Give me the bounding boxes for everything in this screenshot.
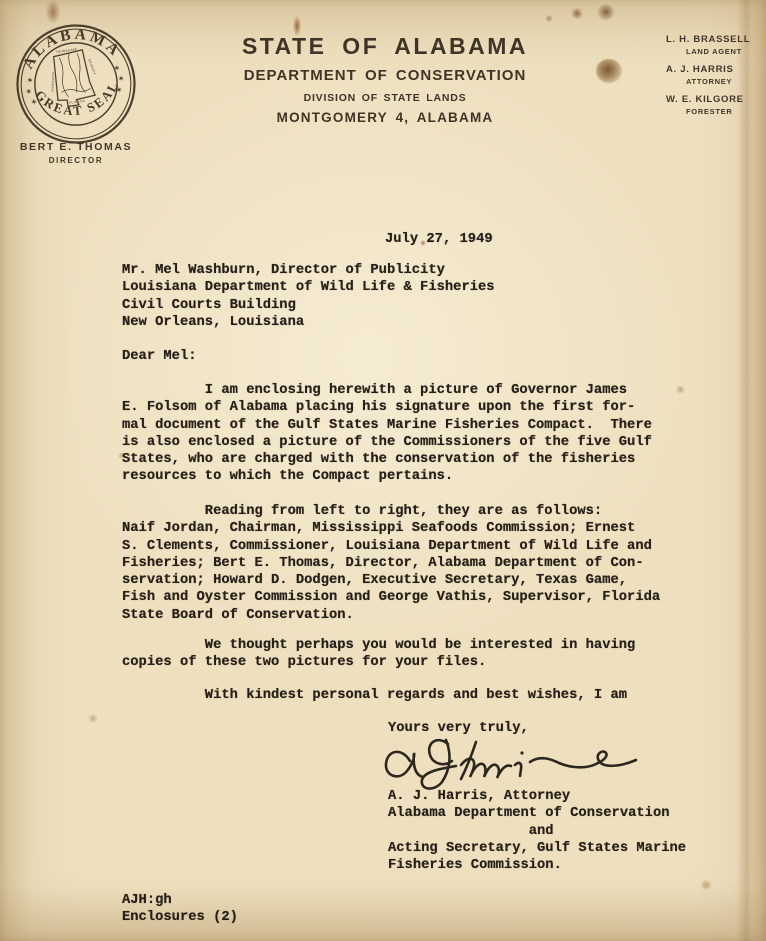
director-title: DIRECTOR xyxy=(8,156,144,165)
director-block: BERT E. THOMAS DIRECTOR xyxy=(8,141,144,165)
handwritten-signature xyxy=(380,731,648,795)
scanned-letter-page: ALABAMA GREAT SEAL ✶✶✶ ✶✶✶ TENNESSEE MIS… xyxy=(0,0,766,941)
ink-stain xyxy=(597,4,615,20)
ink-stain xyxy=(545,15,553,22)
org-division: DIVISION OF STATE LANDS xyxy=(188,92,582,104)
official-name: W. E. KILGORE xyxy=(666,94,766,105)
director-name: BERT E. THOMAS xyxy=(8,141,144,153)
ink-stain xyxy=(88,714,98,723)
officials-list: L. H. BRASSELL LAND AGENT A. J. HARRIS A… xyxy=(666,34,766,124)
seal-top-text: ALABAMA xyxy=(15,19,126,74)
enclosures-note: Enclosures (2) xyxy=(122,910,238,925)
seal-label-georgia: GEORGIA xyxy=(87,58,97,76)
svg-text:✶: ✶ xyxy=(115,85,123,95)
ink-stain xyxy=(700,880,712,890)
official-title: FORESTER xyxy=(686,107,766,116)
alabama-great-seal-icon: ALABAMA GREAT SEAL ✶✶✶ ✶✶✶ TENNESSEE MIS… xyxy=(4,12,149,157)
organization-header: STATE OF ALABAMA DEPARTMENT OF CONSERVAT… xyxy=(188,33,582,125)
official-title: ATTORNEY xyxy=(686,77,766,86)
svg-text:✶: ✶ xyxy=(30,97,38,107)
svg-text:✶: ✶ xyxy=(113,63,121,73)
reference-block: AJH:gh Enclosures (2) xyxy=(122,892,238,927)
official-entry: W. E. KILGORE FORESTER xyxy=(666,94,766,116)
seal-label-mississippi: MISSISSIPPI xyxy=(51,71,56,91)
org-address: MONTGOMERY 4, ALABAMA xyxy=(188,110,582,125)
svg-text:ALABAMA: ALABAMA xyxy=(15,19,126,74)
official-name: L. H. BRASSELL xyxy=(666,34,766,45)
ink-stain xyxy=(46,0,60,24)
ink-stain xyxy=(676,385,685,394)
official-name: A. J. HARRIS xyxy=(666,64,766,75)
ink-stain xyxy=(571,8,583,19)
signature-block: A. J. Harris, Attorney Alabama Departmen… xyxy=(388,788,686,874)
svg-text:✶: ✶ xyxy=(25,87,33,97)
org-name: STATE OF ALABAMA xyxy=(188,33,582,60)
salutation: Dear Mel: xyxy=(122,348,197,365)
org-department: DEPARTMENT OF CONSERVATION xyxy=(188,67,582,84)
recipient-address: Mr. Mel Washburn, Director of Publicity … xyxy=(122,262,495,331)
body-paragraph-4: With kindest personal regards and best w… xyxy=(122,687,627,704)
official-title: LAND AGENT xyxy=(686,47,766,56)
official-entry: A. J. HARRIS ATTORNEY xyxy=(666,64,766,86)
paper-crease xyxy=(738,0,752,941)
letter-date: July 27, 1949 xyxy=(385,231,493,248)
ink-stain xyxy=(596,59,622,83)
body-paragraph-3: We thought perhaps you would be interest… xyxy=(122,637,635,672)
body-paragraph-1: I am enclosing herewith a picture of Gov… xyxy=(122,382,652,486)
body-paragraph-2: Reading from left to right, they are as … xyxy=(122,503,660,624)
svg-text:✶: ✶ xyxy=(26,76,34,86)
official-entry: L. H. BRASSELL LAND AGENT xyxy=(666,34,766,56)
typist-initials: AJH:gh xyxy=(122,893,172,908)
svg-text:✶: ✶ xyxy=(117,74,125,84)
